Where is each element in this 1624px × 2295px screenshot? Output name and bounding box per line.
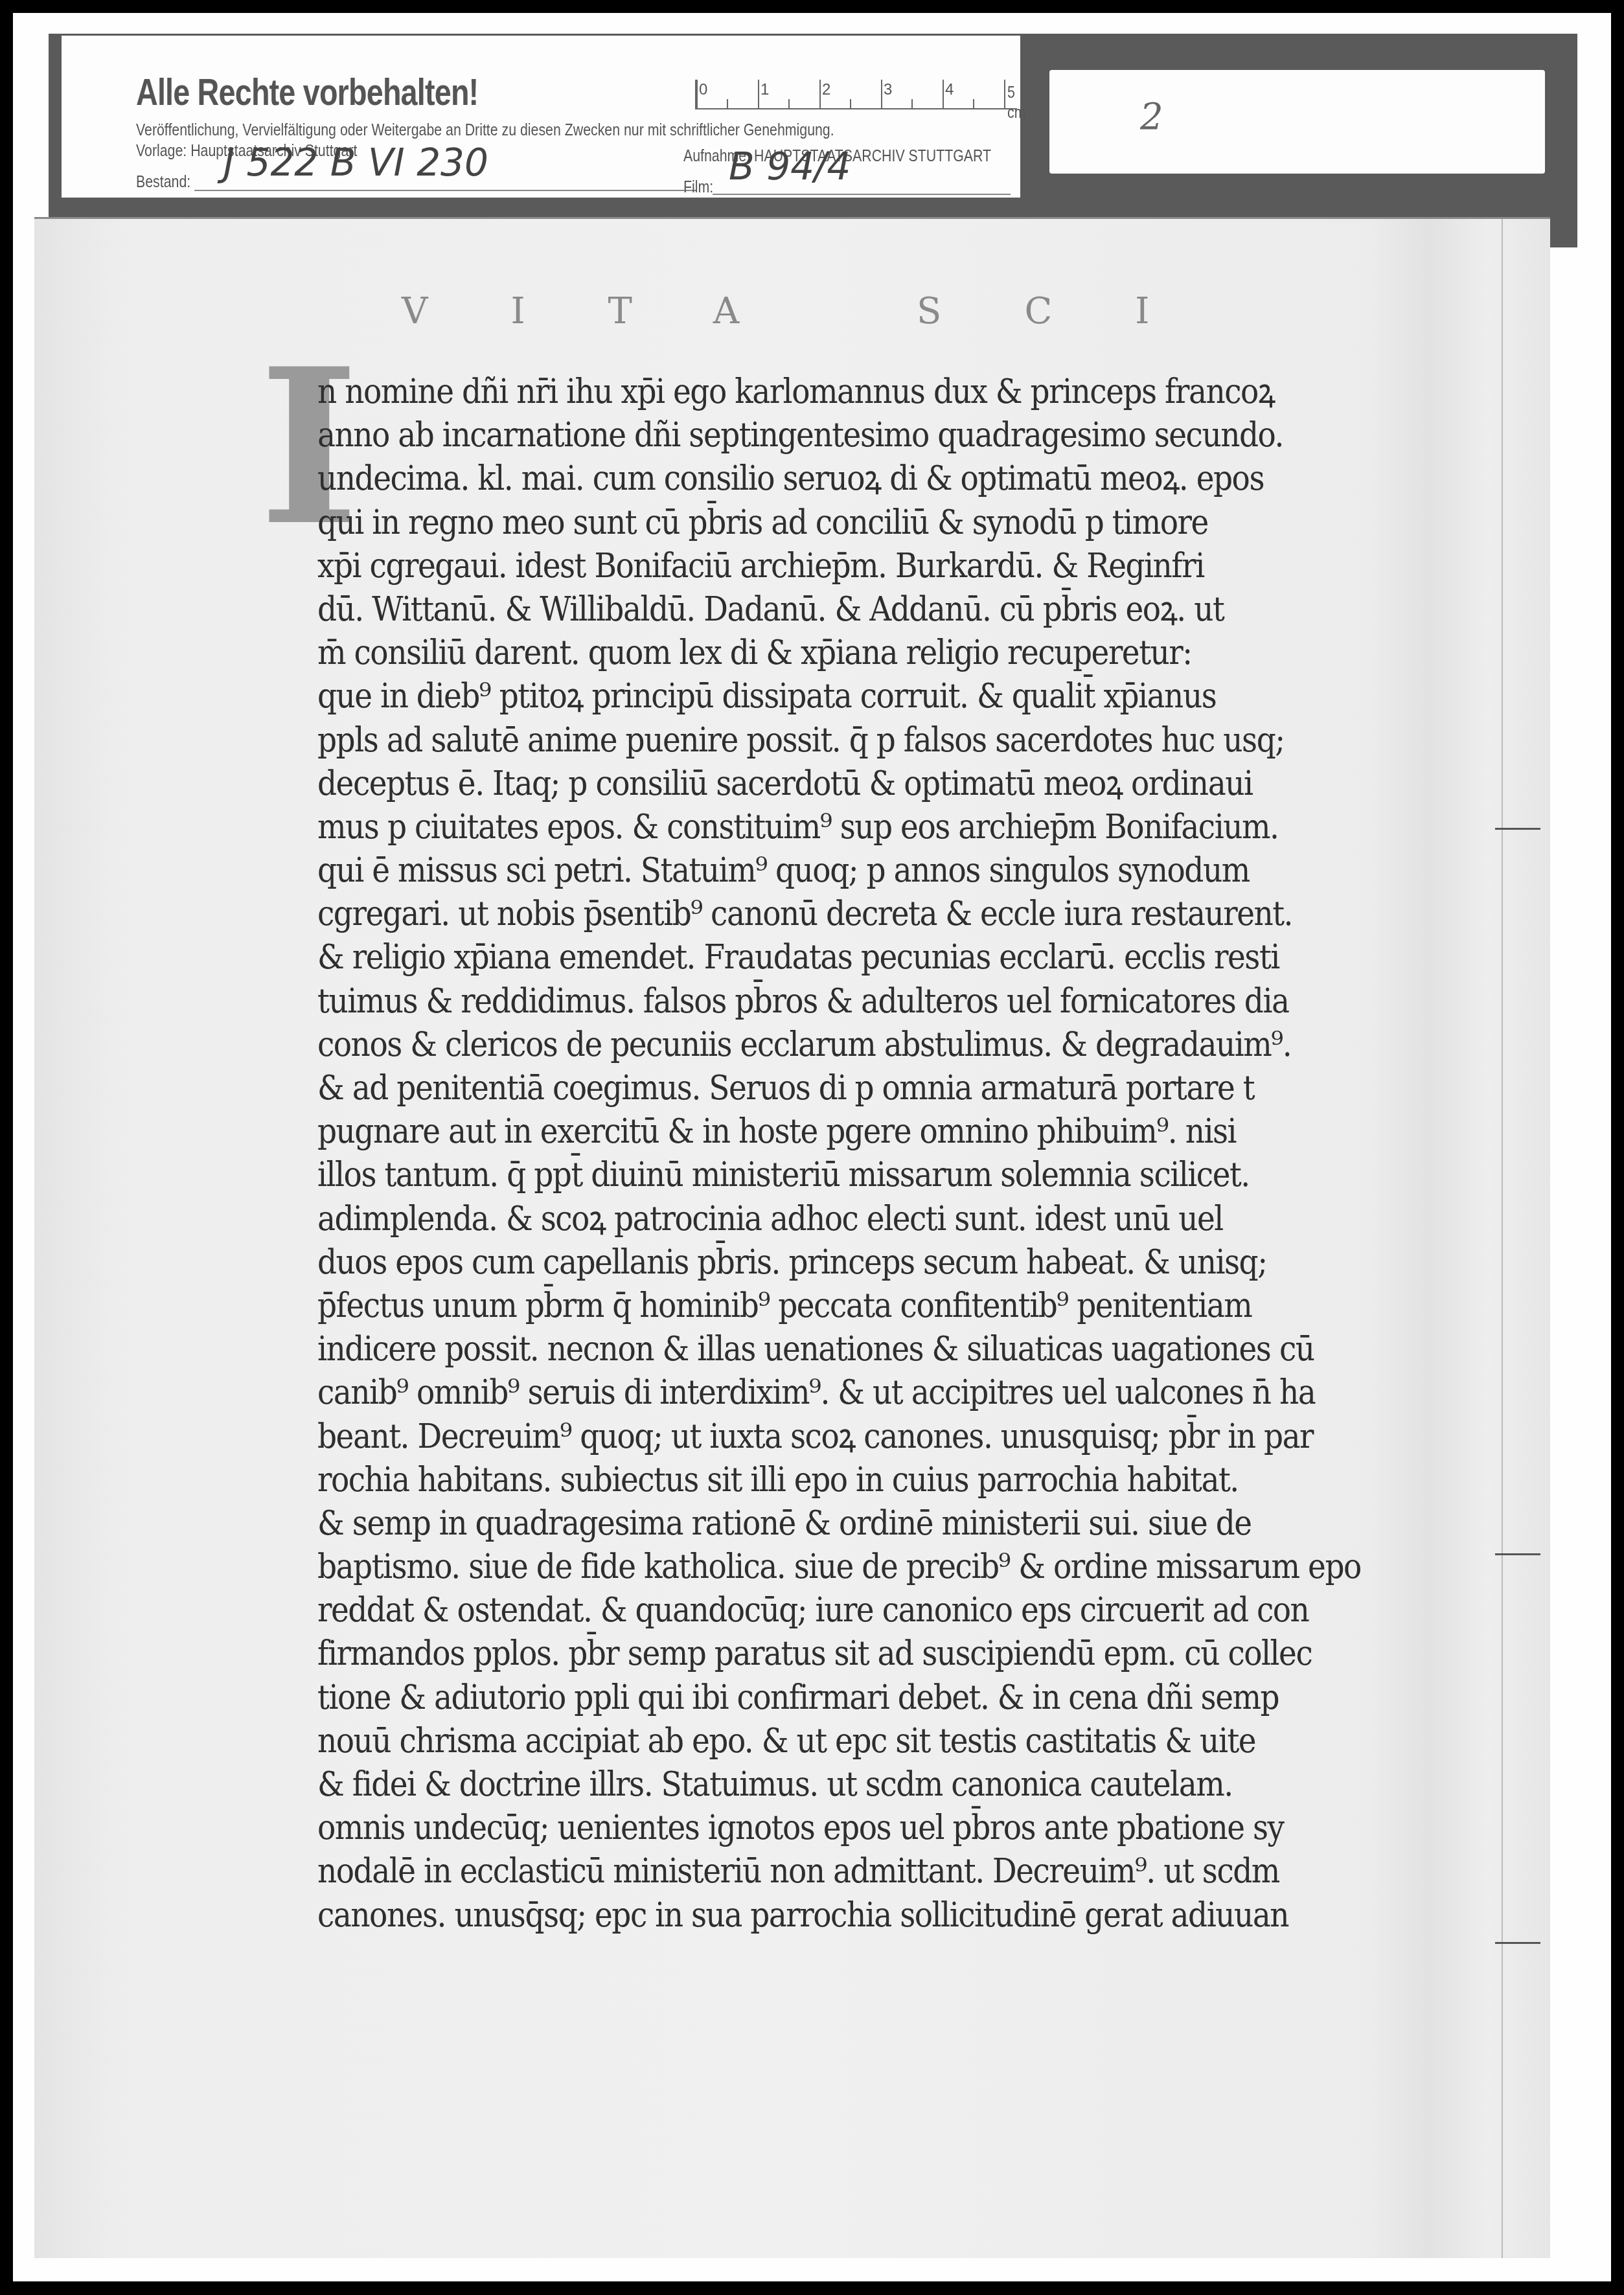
film-value: B 94/4 xyxy=(729,144,851,188)
text-line: & ad penitentiā coegimus. Seruos di p om… xyxy=(317,1064,1393,1112)
text-line: m̄ consiliū darent. quom lex di & xp̄ian… xyxy=(317,628,1393,677)
archive-rights-label: Alle Rechte vorbehalten! Veröffentlichun… xyxy=(62,36,1020,198)
text-line: beant. Decreuim⁹ quoq; ut iuxta scoꝝ can… xyxy=(317,1411,1393,1460)
scale-tick-2: 2 xyxy=(822,81,830,99)
text-line: rochia habitans. subiectus sit illi epo … xyxy=(317,1456,1393,1504)
text-line: firmandos pplos. pb̄r semp paratus sit a… xyxy=(317,1629,1393,1678)
text-line: indicere possit. necnon & illas uenation… xyxy=(317,1325,1393,1373)
rights-title: Alle Rechte vorbehalten! xyxy=(136,71,478,114)
manuscript-text: n nomine dñi nr̄i ihu xp̄i ego karlomann… xyxy=(317,372,1393,1939)
film-label: Film: xyxy=(683,177,713,197)
scan-sheet: Alle Rechte vorbehalten! Veröffentlichun… xyxy=(13,13,1611,2281)
bestand-label: Bestand: xyxy=(136,172,190,192)
scale-unit: 5 cm xyxy=(1007,82,1025,122)
page-fold-line xyxy=(1502,219,1503,2258)
centimeter-scale: 0 1 2 3 4 xyxy=(695,80,1017,109)
text-line: conos & clericos de pecuniis ecclarum ab… xyxy=(317,1020,1393,1069)
bestand-value: J 522 B VI 230 xyxy=(223,141,488,185)
page-nick-mark xyxy=(1495,828,1540,830)
text-line: reddat & ostendat. & quandocūq; iure can… xyxy=(317,1586,1393,1634)
text-line: omnis undecūq; uenientes ignotos epos ue… xyxy=(317,1803,1393,1852)
text-line: adimplenda. & scoꝝ patrocinia adhoc elec… xyxy=(317,1194,1393,1243)
text-line: illos tantum. q̄ ppt̄ diuinū ministeriū … xyxy=(317,1150,1393,1199)
scale-tick-1: 1 xyxy=(761,81,769,99)
text-line: canones. unusq̄sq; epc in sua parrochia … xyxy=(317,1891,1393,1939)
text-line: tione & adiutorio ppli qui ibi confirmar… xyxy=(317,1673,1393,1722)
page-nick-mark xyxy=(1495,1942,1540,1944)
scale-tick-3: 3 xyxy=(884,81,892,99)
text-line: dū. Wittanū. & Willibaldū. Dadanū. & Add… xyxy=(317,585,1393,634)
folio-label: 2 xyxy=(1049,70,1545,174)
text-line: mus p ciuitates epos. & constituim⁹ sup … xyxy=(317,803,1393,851)
page-nick-mark xyxy=(1495,1553,1540,1555)
text-line: qui in regno meo sunt cū pb̄ris ad conci… xyxy=(317,498,1393,547)
film-underline xyxy=(713,194,1011,195)
rights-notice: Veröffentlichung, Vervielfältigung oder … xyxy=(136,120,834,140)
text-line: & religio xp̄iana emendet. Fraudatas pec… xyxy=(317,933,1393,981)
bestand-underline xyxy=(194,190,696,191)
folio-number: 2 xyxy=(1140,96,1163,138)
text-line: canib⁹ omnib⁹ seruis di interdixim⁹. & u… xyxy=(317,1368,1393,1417)
text-line: & fidei & doctrine illrs. Statuimus. ut … xyxy=(317,1760,1393,1809)
text-line: n nomine dñi nr̄i ihu xp̄i ego karlomann… xyxy=(317,367,1393,416)
scale-tick-4: 4 xyxy=(945,81,954,99)
text-line: deceptus ē. Itaq; p consiliū sacerdotū &… xyxy=(317,759,1393,808)
text-line: pugnare aut in exercitū & in hoste pgere… xyxy=(317,1107,1393,1156)
text-line: tuimus & reddidimus. falsos pb̄ros & adu… xyxy=(317,977,1393,1025)
text-line: p̄fectus unum pb̄rm q̄ hominib⁹ peccata … xyxy=(317,1281,1393,1330)
manuscript-heading: VITA SCI xyxy=(402,290,1232,332)
text-line: cgregari. ut nobis p̄sentib⁹ canonū decr… xyxy=(317,889,1393,938)
text-line: baptismo. siue de fide katholica. siue d… xyxy=(317,1542,1393,1591)
text-line: anno ab incarnatione dñi septingentesimo… xyxy=(317,411,1393,459)
text-line: ppls ad salutē anime puenire possit. q̄ … xyxy=(317,715,1393,764)
text-line: qui ē missus sci petri. Statuim⁹ quoq; p… xyxy=(317,846,1393,895)
text-line: que in dieb⁹ ptitoꝝ principū dissipata c… xyxy=(317,672,1393,720)
text-line: duos epos cum capellanis pb̄ris. princep… xyxy=(317,1238,1393,1286)
scale-tick-0: 0 xyxy=(699,81,707,99)
text-line: undecima. kl. mai. cum consilio seruoꝝ d… xyxy=(317,454,1393,503)
text-line: nouū chrisma accipiat ab epo. & ut epc s… xyxy=(317,1717,1393,1765)
text-line: & semp in quadragesima rationē & ordinē … xyxy=(317,1499,1393,1547)
text-line: xp̄i cgregaui. idest Bonifaciū archiep̄m… xyxy=(317,542,1393,590)
text-line: nodalē in ecclasticū ministeriū non admi… xyxy=(317,1847,1393,1895)
